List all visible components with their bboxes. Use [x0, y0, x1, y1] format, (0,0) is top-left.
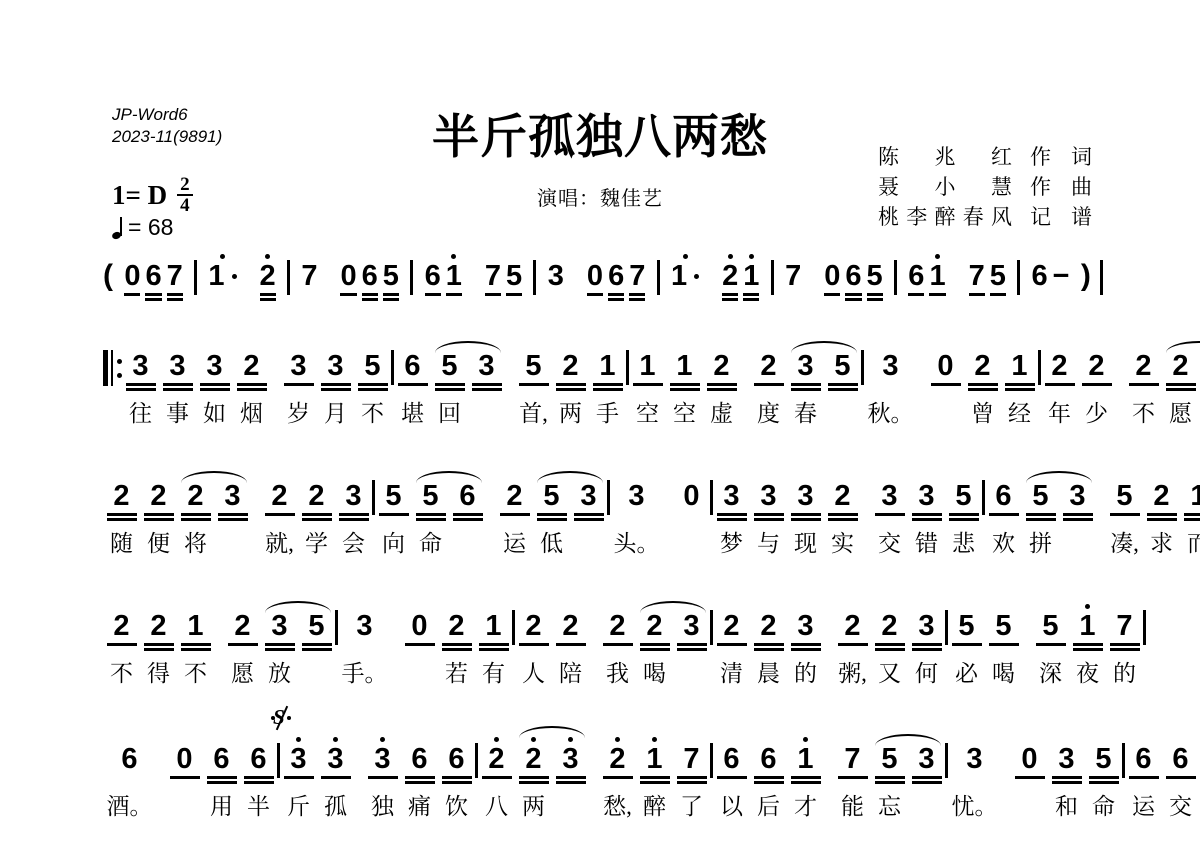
lyric: 事: [166, 395, 189, 423]
note-digit: 5: [525, 351, 541, 381]
note: 5命: [1085, 735, 1122, 816]
lyric: 的: [794, 655, 817, 683]
duration-underline: [228, 643, 258, 646]
note-digit: 3: [881, 481, 897, 511]
note-digit: 3: [918, 481, 934, 511]
duration-underline: [1063, 513, 1093, 516]
duration-underline: [472, 388, 502, 391]
note-digit: 5: [995, 611, 1011, 641]
note-digit: 7: [969, 261, 985, 291]
duration-underline: [875, 781, 905, 784]
duration-underline: [383, 298, 399, 301]
note: 1而: [1180, 472, 1200, 553]
note-digit: 2: [881, 611, 897, 641]
open-paren: (: [103, 260, 113, 292]
note: 6交: [1162, 735, 1199, 816]
note-digit: 3: [580, 481, 596, 511]
duration-underline: [707, 388, 737, 391]
duration-underline: [912, 643, 942, 646]
octave-dot: [265, 254, 270, 259]
note: 2清: [713, 602, 750, 683]
note-digit: 3: [760, 481, 776, 511]
lyric: 将: [184, 525, 207, 553]
measure: 2人2陪2我2喝3: [515, 602, 710, 683]
duration-underline: [677, 648, 707, 651]
note: 5必: [948, 602, 985, 683]
duration-underline: [145, 293, 161, 296]
note: 5喝: [985, 602, 1022, 683]
lyric: 陪: [559, 655, 582, 683]
duration-underline: [379, 513, 409, 516]
beam-group: 2: [257, 252, 278, 302]
duration-underline: [479, 648, 509, 651]
lyric: 放: [268, 655, 291, 683]
measure: 6堪5回35首,2两1手: [394, 342, 626, 423]
beam-group: 3头。: [610, 472, 663, 553]
lyric: 后: [757, 788, 780, 816]
duration-underline: [1110, 648, 1140, 651]
duration-underline: [912, 781, 942, 784]
lyric: 必: [955, 655, 978, 683]
note: 7: [299, 252, 320, 302]
slur-arc: [519, 726, 585, 738]
note: 3交: [871, 472, 908, 553]
duration-underline: [1063, 518, 1093, 521]
note: 2: [257, 252, 278, 302]
duration-underline: [453, 518, 483, 521]
note-digit: 1: [676, 351, 692, 381]
note-digit: 5: [958, 611, 974, 641]
note: 3: [570, 472, 607, 553]
note: 3: [908, 735, 945, 816]
note-digit: 3: [797, 611, 813, 641]
duration-underline: [107, 518, 137, 521]
duration-underline: [321, 383, 351, 386]
note-digit: 3: [1069, 481, 1085, 511]
note-digit: 0: [683, 481, 699, 511]
note: 2两: [515, 735, 552, 816]
octave-dot: [935, 254, 940, 259]
note-digit: 1: [446, 261, 462, 291]
beam-group: 2人2陪: [515, 602, 589, 683]
lyric: 会: [342, 525, 365, 553]
beam-group: 2八2两3: [478, 735, 589, 816]
duration-underline: [1110, 643, 1140, 646]
note-digit: 3: [918, 611, 934, 641]
duration-underline: [126, 388, 156, 391]
note-digit: 6: [448, 744, 464, 774]
note: 3: [1059, 472, 1096, 553]
beam-group: 1空1空2虚: [629, 342, 740, 423]
credit-row: 聂小慧作曲: [878, 172, 1092, 202]
duration-underline: [989, 643, 1019, 646]
measure: 3秋。02曾1经: [864, 342, 1038, 423]
duration-underline: [358, 383, 388, 386]
duration-underline: [828, 388, 858, 391]
note: 0: [1011, 735, 1048, 816]
note: 3如: [196, 342, 233, 423]
lyric: 随: [110, 525, 133, 553]
note: 1: [741, 252, 762, 302]
octave-dot: [296, 737, 301, 742]
note-digit: 2: [234, 611, 250, 641]
measure: 121: [669, 252, 762, 302]
lyric: 独: [371, 788, 394, 816]
note: 6: [449, 472, 486, 553]
beam-group: 3独6痛6饮: [364, 735, 475, 816]
duration-underline: [144, 513, 174, 516]
lyric: 不: [184, 655, 207, 683]
note: 5低: [533, 472, 570, 553]
note-digit: 2: [1172, 351, 1188, 381]
duration-underline: [302, 648, 332, 651]
credit-row: 桃李醉春风记谱: [878, 202, 1092, 232]
lyric: 了: [680, 788, 703, 816]
duration-underline: [321, 776, 351, 779]
duration-underline: [358, 388, 388, 391]
note-digit: 2: [525, 744, 541, 774]
lyric: 八: [485, 788, 508, 816]
duration-underline: [200, 388, 230, 391]
credit-row: 陈兆红作词: [878, 142, 1092, 172]
duration-underline: [838, 643, 868, 646]
lyric: 晨: [757, 655, 780, 683]
note-digit: 2: [646, 611, 662, 641]
note: 2不: [103, 602, 140, 683]
note: 3: [673, 602, 710, 683]
note: 5回: [431, 342, 468, 423]
lyric: 运: [1132, 788, 1155, 816]
duration-underline: [867, 298, 883, 301]
note: 6欢: [985, 472, 1022, 553]
duration-underline: [519, 781, 549, 784]
measure: 6运6交6手3换: [1125, 735, 1200, 816]
note: 2少: [1078, 342, 1115, 423]
note-digit: 3: [882, 351, 898, 381]
note-digit: 2: [713, 351, 729, 381]
lyric: 夜: [1076, 655, 1099, 683]
quarter-note-icon: [112, 216, 124, 240]
note-digit: 3: [327, 744, 343, 774]
note-digit: 3: [374, 744, 390, 774]
note-digit: 0: [587, 261, 603, 291]
note-digit: 6: [459, 481, 475, 511]
note-digit: 2: [187, 481, 203, 511]
note-digit: 7: [629, 261, 645, 291]
lyric: 空: [636, 395, 659, 423]
duration-underline: [218, 518, 248, 521]
lyric: 用: [210, 788, 233, 816]
time-signature: 2 4: [177, 176, 193, 214]
note-digit: 5: [1042, 611, 1058, 641]
duration-underline: [167, 293, 183, 296]
note-digit: 2: [760, 351, 776, 381]
note-digit: 6: [908, 261, 924, 291]
beam-group: 5凑,2求1而: [1106, 472, 1200, 553]
lyric: 曾: [971, 395, 994, 423]
lyric: 忧。: [952, 788, 998, 816]
note-digit: 1: [1079, 611, 1095, 641]
duration-underline: [537, 513, 567, 516]
note: 2愁,: [599, 735, 636, 816]
credit-role-char: 词: [1071, 142, 1092, 172]
duration-underline: [442, 648, 472, 651]
note: 6后: [750, 735, 787, 816]
duration-underline: [362, 293, 378, 296]
beam-group: 3岁3月5不: [280, 342, 391, 423]
note: 2晨: [750, 602, 787, 683]
lyric: 和: [1055, 788, 1078, 816]
duration-underline: [791, 781, 821, 784]
note: 3何: [908, 602, 945, 683]
lyric: 人: [522, 655, 545, 683]
duration-underline: [144, 643, 174, 646]
note: 5凑,: [1106, 472, 1143, 553]
note-digit: 1: [187, 611, 203, 641]
music-line-intro: (06712706561753067121706561756−): [103, 252, 1103, 302]
duration-underline: [1166, 383, 1196, 386]
beam-group: 067: [122, 252, 185, 302]
beam-group: 3忧。: [948, 735, 1001, 816]
note: 2运: [496, 472, 533, 553]
credit-name-char: 兆: [935, 142, 956, 172]
lyric: 得: [147, 655, 170, 683]
lyric: 凑,: [1110, 525, 1139, 553]
tempo-value: = 68: [128, 214, 173, 241]
note-digit: 7: [301, 261, 317, 291]
key-signature: 1= D 2 4: [112, 176, 193, 214]
duration-underline: [828, 383, 858, 386]
duration-underline: [126, 383, 156, 386]
duration-underline: [875, 776, 905, 779]
note: 2便: [140, 472, 177, 553]
note-digit: 5: [834, 351, 850, 381]
music-line-verse-3: 2不2得1不2愿3放53手。02若1有2人2陪2我2喝32清2晨3的2粥,2又3…: [103, 602, 1103, 683]
note-digit: 6: [845, 261, 861, 291]
segno-sign: S: [273, 705, 293, 732]
lyric: 痛: [408, 788, 431, 816]
barline: [1100, 260, 1103, 295]
note: 3岁: [280, 342, 317, 423]
note: 5命: [412, 472, 449, 553]
lyric: 春: [794, 395, 817, 423]
duration-underline: [181, 518, 211, 521]
note: 2喝: [636, 602, 673, 683]
duration-underline: [875, 643, 905, 646]
note: 1: [927, 252, 948, 302]
duration-underline: [556, 383, 586, 386]
note: 2我: [599, 602, 636, 683]
note-digit: 2: [525, 611, 541, 641]
time-denominator: 4: [180, 196, 190, 214]
lyric: 年: [1048, 395, 1071, 423]
beam-group: 2年2少: [1041, 342, 1115, 423]
duration-underline: [1052, 781, 1082, 784]
note: 1空: [666, 342, 703, 423]
lyric: 错: [915, 525, 938, 553]
duration-underline: [670, 383, 700, 386]
note-digit: 3: [327, 351, 343, 381]
duration-underline: [633, 383, 663, 386]
duration-underline: [446, 293, 462, 296]
duration-underline: [912, 648, 942, 651]
note-digit: 1: [797, 744, 813, 774]
lyric: 实: [831, 525, 854, 553]
duration-underline: [107, 513, 137, 516]
note-digit: 1: [929, 261, 945, 291]
note-digit: 5: [364, 351, 380, 381]
beam-group: 2随2便2将3: [103, 472, 251, 553]
duration-underline: [453, 513, 483, 516]
note-digit: 7: [683, 744, 699, 774]
duration-underline: [442, 781, 472, 784]
note-digit: 0: [937, 351, 953, 381]
octave-dot: [380, 737, 385, 742]
duration-underline: [1005, 388, 1035, 391]
beam-group: 3梦3与3现2实: [713, 472, 861, 553]
lyric: 就,: [265, 525, 294, 553]
note-digit: 2: [506, 481, 522, 511]
octave-dot: [333, 737, 338, 742]
duration-underline: [321, 388, 351, 391]
note: 6用: [203, 735, 240, 816]
note-digit: 2: [260, 261, 276, 291]
note: 5: [503, 252, 524, 302]
beam-group: 3秋。: [864, 342, 917, 423]
note: 3手。: [338, 602, 391, 683]
note-digit: 3: [966, 744, 982, 774]
duration-underline: [1184, 518, 1200, 521]
beam-group: 6以6后1才: [713, 735, 824, 816]
duration-underline: [265, 513, 295, 516]
note: 5悲: [945, 472, 982, 553]
lyric: 何: [915, 655, 938, 683]
music-line-verse-2: 2随2便2将32就,2学3会5向5命62运5低33头。03梦3与3现2实3交3错…: [103, 472, 1103, 553]
note-digit: 6: [723, 744, 739, 774]
duration-underline: [519, 776, 549, 779]
duration-underline: [442, 643, 472, 646]
duration-underline: [754, 518, 784, 521]
duration-underline: [791, 776, 821, 779]
note: 0: [338, 252, 359, 302]
beam-group: 2愁,1醉7了: [599, 735, 710, 816]
measure: 6以6后1才7能5忘3: [713, 735, 945, 816]
duration-underline: [1026, 518, 1056, 521]
note: 3和: [1048, 735, 1085, 816]
duration-underline: [990, 293, 1006, 296]
octave-dot: [803, 737, 808, 742]
octave-dot: [615, 737, 620, 742]
lyric: 交: [878, 525, 901, 553]
lyric: 以: [720, 788, 743, 816]
note-digit: 2: [243, 351, 259, 381]
note: 0: [166, 735, 203, 816]
octave-dot: [451, 254, 456, 259]
beam-group: 2清2晨3的: [713, 602, 824, 683]
lyric: 岁: [287, 395, 310, 423]
lyric: 不: [1132, 395, 1155, 423]
credit-name-char: 春: [963, 202, 984, 232]
note: 0: [927, 342, 964, 423]
duration-underline: [435, 388, 465, 391]
duration-underline: [743, 293, 759, 296]
lyric: 少: [1085, 395, 1108, 423]
lyric: 有: [482, 655, 505, 683]
octave-dot: [652, 737, 657, 742]
note: 5首,: [515, 342, 552, 423]
duration-underline: [754, 781, 784, 784]
duration-underline: [908, 293, 924, 296]
duration-underline: [506, 293, 522, 296]
note: 3与: [750, 472, 787, 553]
measure: 3梦3与3现2实3交3错5悲: [713, 472, 982, 553]
beam-group: 75: [966, 252, 1008, 302]
duration-underline: [828, 518, 858, 521]
duration-underline: [284, 776, 314, 779]
lyric: 两: [559, 395, 582, 423]
note-digit: 3: [797, 481, 813, 511]
note: 6饮: [438, 735, 475, 816]
octave-dot: [1085, 604, 1090, 609]
note: 5: [824, 342, 861, 423]
measure: 3往3事3如2烟3岁3月5不: [122, 342, 391, 423]
note-digit: 1: [485, 611, 501, 641]
duration-underline: [237, 383, 267, 386]
note-digit: 7: [844, 744, 860, 774]
duration-underline: [339, 513, 369, 516]
duration-underline: [1026, 513, 1056, 516]
duration-underline: [670, 388, 700, 391]
credit-role: 作词: [1030, 142, 1092, 172]
note: 7的: [1106, 602, 1143, 683]
beam-group: 02若1有: [401, 602, 512, 683]
lyric: 醉: [643, 788, 666, 816]
lyric: 交: [1169, 788, 1192, 816]
credit-name-char: 风: [991, 202, 1012, 232]
note-digit: 2: [150, 611, 166, 641]
note: 5拼: [1022, 472, 1059, 553]
lyric: 回: [438, 395, 461, 423]
beam-group: 6欢5拼3: [985, 472, 1096, 553]
augmentation-dot: [694, 274, 699, 279]
duration-underline: [1184, 513, 1200, 516]
duration-underline: [931, 383, 961, 386]
note: 1: [669, 252, 702, 302]
duration-underline: [608, 293, 624, 296]
beam-group: 5深1夜7的: [1032, 602, 1143, 683]
duration-underline: [260, 293, 276, 296]
duration-underline: [629, 293, 645, 296]
beam-group: 065: [338, 252, 401, 302]
note-digit: 3: [271, 611, 287, 641]
duration-underline: [791, 388, 821, 391]
note-digit: 2: [271, 481, 287, 511]
duration-underline: [1052, 776, 1082, 779]
note: 3的: [787, 602, 824, 683]
beam-group: 3交3错5悲: [871, 472, 982, 553]
lyric: 与: [757, 525, 780, 553]
note: 6: [422, 252, 443, 302]
note: 2得: [140, 602, 177, 683]
note-digit: 2: [609, 744, 625, 774]
octave-dot: [728, 254, 733, 259]
lyric: 又: [878, 655, 901, 683]
duration-underline: [593, 388, 623, 391]
note-digit: 3: [206, 351, 222, 381]
duration-underline: [1036, 643, 1066, 646]
note: 6痛: [401, 735, 438, 816]
note-digit: 1: [671, 261, 699, 291]
